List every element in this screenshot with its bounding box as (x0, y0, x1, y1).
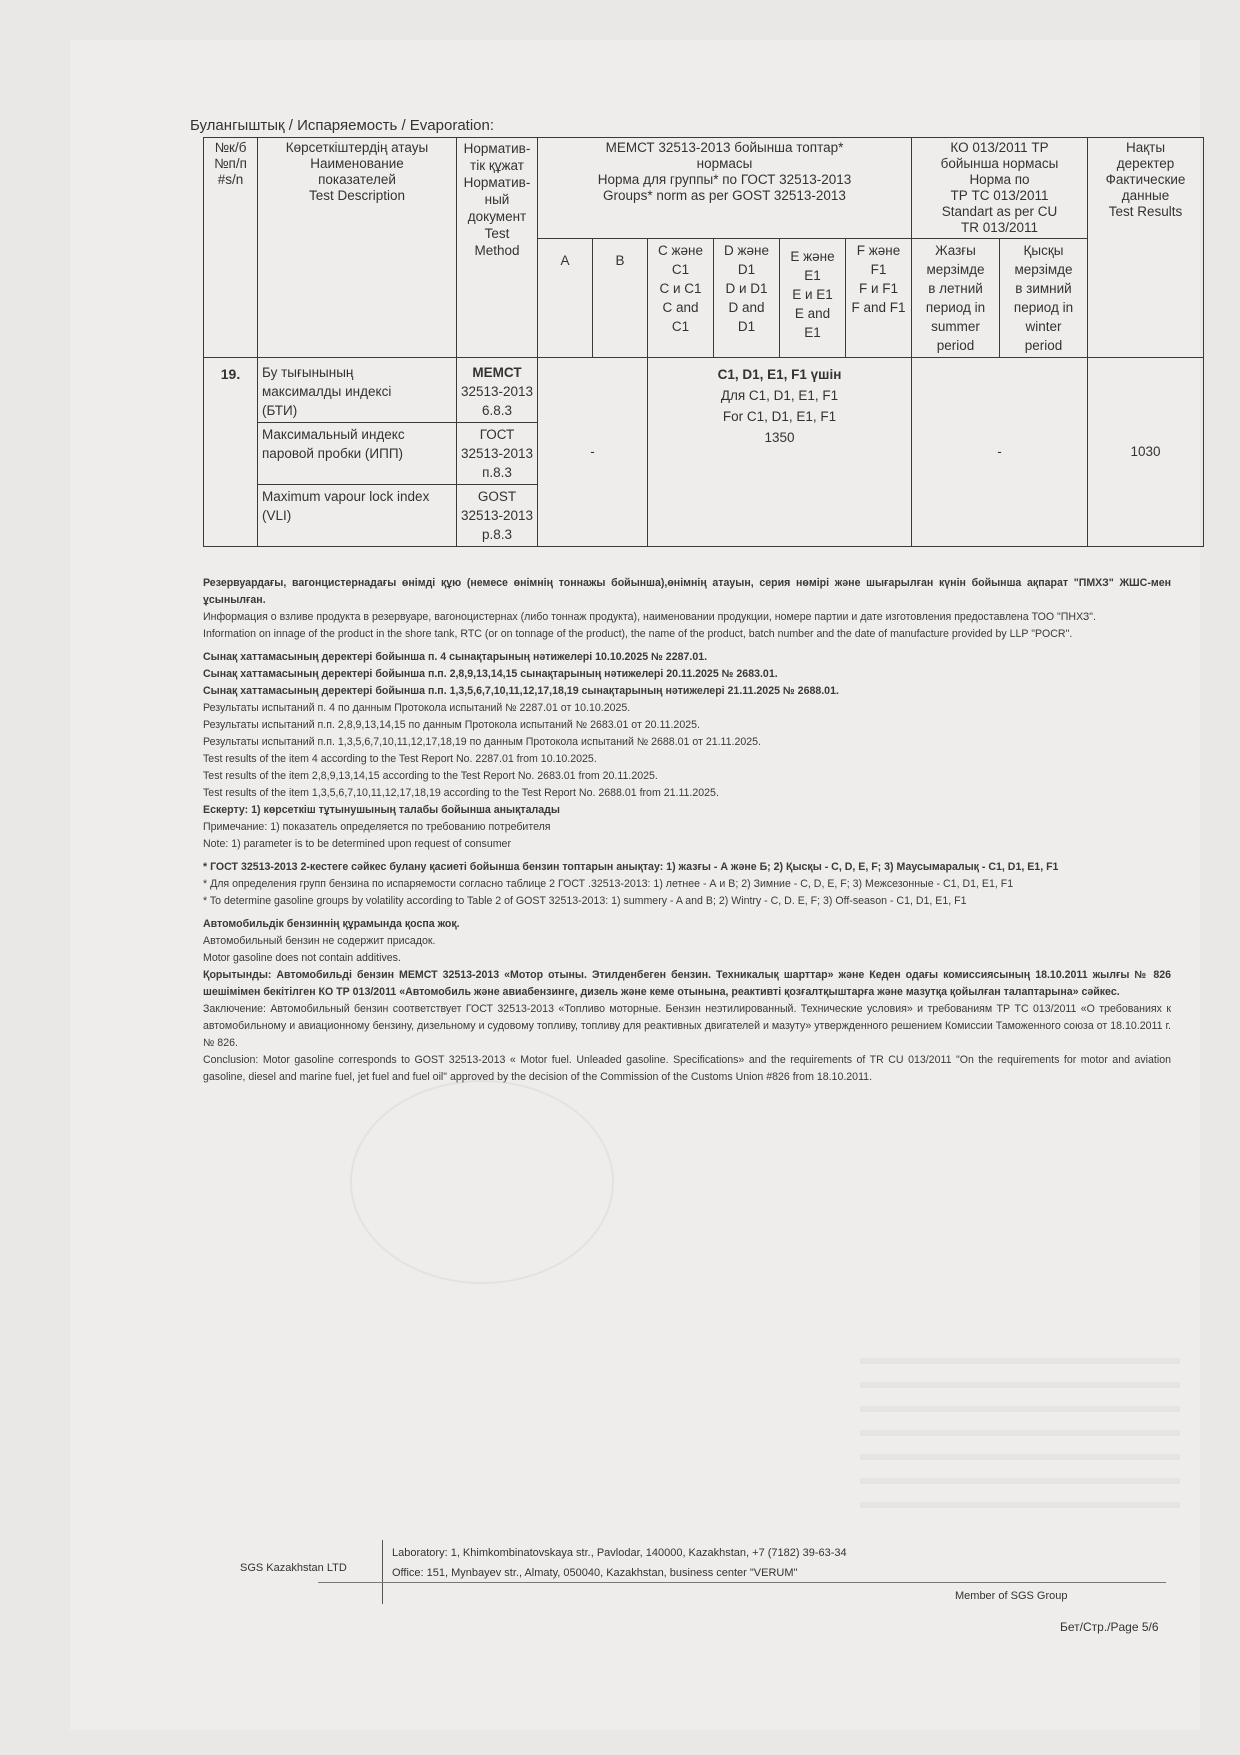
section-title: Булангыштық / Испаряемость / Evaporation… (190, 117, 494, 134)
subheader-winter-period: Қысқымерзімдев зимнийпериод inwinterperi… (1000, 239, 1088, 358)
footer-member: Member of SGS Group (955, 1590, 1068, 1602)
footer-company: SGS Kazakhstan LTD (240, 1562, 347, 1574)
result-ref-ru-3: Результаты испытаний п.п. 1,3,5,6,7,10,1… (203, 734, 1171, 751)
subheader-summer-period: Жазғымерзімдев летнийпериод insummerperi… (912, 239, 1000, 358)
norm-ab-value: - (538, 358, 648, 547)
remark-kz: Ескерту: 1) көрсеткіш тұтынушының талабы… (203, 802, 1171, 819)
faded-stamp (350, 1080, 614, 1284)
row-number: 19. (204, 358, 258, 547)
norm-cf-value: C1, D1, E1, F1 үшін Для С1, D1, E1, F1 F… (648, 358, 912, 547)
header-number: №к/б №п/п #s/n (204, 138, 258, 358)
info-note-en: Information on innage of the product in … (203, 626, 1171, 643)
header-test-description: Көрсеткіштердің атауы Наименование показ… (258, 138, 457, 358)
footer-divider-vertical (382, 1540, 383, 1604)
subheader-group-d: D жәнеD1D и D1D andD1 (714, 239, 780, 358)
additives-ru: Автомобильный бензин не содержит присадо… (203, 933, 1171, 950)
result-ref-en-2: Test results of the item 2,8,9,13,14,15 … (203, 768, 1171, 785)
notes-section: Резервуардағы, вагонцистернадағы өнімді … (203, 575, 1171, 1086)
header-gost-norm: МЕМСТ 32513-2013 бойынша топтар* нормасы… (538, 138, 912, 239)
info-note-ru: Информация о взливе продукта в резервуар… (203, 609, 1171, 626)
groups-note-kz: * ГОСТ 32513-2013 2-кестеге сәйкес булан… (203, 859, 1171, 876)
remark-ru: Примечание: 1) показатель определяется п… (203, 819, 1171, 836)
header-test-results: Нақты деректер Фактические данные Test R… (1088, 138, 1204, 358)
conclusion-ru: Заключение: Автомобильный бензин соответ… (203, 1001, 1171, 1052)
norm-tr-value: - (912, 358, 1088, 547)
additives-en: Motor gasoline does not contain additive… (203, 950, 1171, 967)
faded-signature-block (860, 1340, 1180, 1520)
test-name-kz: Бу тығыныныңмаксималды индексі(БТИ) (258, 358, 457, 423)
test-method-ru: ГОСТ32513-2013п.8.3 (457, 423, 538, 485)
test-name-en: Maximum vapour lock index(VLI) (258, 485, 457, 547)
test-method-kz: МЕМСТ32513-20136.8.3 (457, 358, 538, 423)
result-ref-en-3: Test results of the item 1,3,5,6,7,10,11… (203, 785, 1171, 802)
header-tr-norm: КО 013/2011 ТР бойынша нормасы Норма по … (912, 138, 1088, 239)
test-result-value: 1030 (1088, 358, 1204, 547)
result-ref-ru-2: Результаты испытаний п.п. 2,8,9,13,14,15… (203, 717, 1171, 734)
table-header-row: №к/б №п/п #s/n Көрсеткіштердің атауы Наи… (204, 138, 1204, 239)
test-name-ru: Максимальный индекспаровой пробки (ИПП) (258, 423, 457, 485)
conclusion-kz: Қорытынды: Автомобильді бензин МЕМСТ 325… (203, 967, 1171, 1001)
subheader-group-c: С жәнеC1С и С1C andC1 (648, 239, 714, 358)
groups-note-ru: * Для определения групп бензина по испар… (203, 876, 1171, 893)
evaporation-table: №к/б №п/п #s/n Көрсеткіштердің атауы Наи… (203, 137, 1204, 547)
header-test-method: Норматив- тік құжат Норматив- ный докуме… (457, 138, 538, 358)
remark-en: Note: 1) parameter is to be determined u… (203, 836, 1171, 853)
test-method-en: GOST32513-2013p.8.3 (457, 485, 538, 547)
result-ref-kz-3: Сынақ хаттамасының деректері бойынша п.п… (203, 683, 1171, 700)
subheader-group-e: Е жәнеE1E и E1E andE1 (780, 239, 846, 358)
subheader-group-a: A (538, 239, 593, 358)
subheader-group-f: F жәнеF1F и F1F and F1 (846, 239, 912, 358)
table-row: 19. Бу тығыныныңмаксималды индексі(БТИ) … (204, 358, 1204, 423)
groups-note-en: * To determine gasoline groups by volati… (203, 893, 1171, 910)
subheader-group-b: B (593, 239, 648, 358)
page-number: Бет/Стр./Page 5/6 (1060, 1620, 1159, 1634)
footer-laboratory: Laboratory: 1, Khimkombinatovskaya str.,… (392, 1543, 847, 1563)
result-ref-kz-2: Сынақ хаттамасының деректері бойынша п.п… (203, 666, 1171, 683)
result-ref-kz-1: Сынақ хаттамасының деректері бойынша п. … (203, 649, 1171, 666)
footer-office: Office: 151, Mynbayev str., Almaty, 0500… (392, 1563, 847, 1583)
result-ref-ru-1: Результаты испытаний п. 4 по данным Прот… (203, 700, 1171, 717)
result-ref-en-1: Test results of the item 4 according to … (203, 751, 1171, 768)
additives-kz: Автомобильдік бензиннің құрамында қоспа … (203, 916, 1171, 933)
footer-addresses: Laboratory: 1, Khimkombinatovskaya str.,… (392, 1543, 847, 1583)
info-note-kz: Резервуардағы, вагонцистернадағы өнімді … (203, 575, 1171, 609)
conclusion-en: Conclusion: Motor gasoline corresponds t… (203, 1052, 1171, 1086)
